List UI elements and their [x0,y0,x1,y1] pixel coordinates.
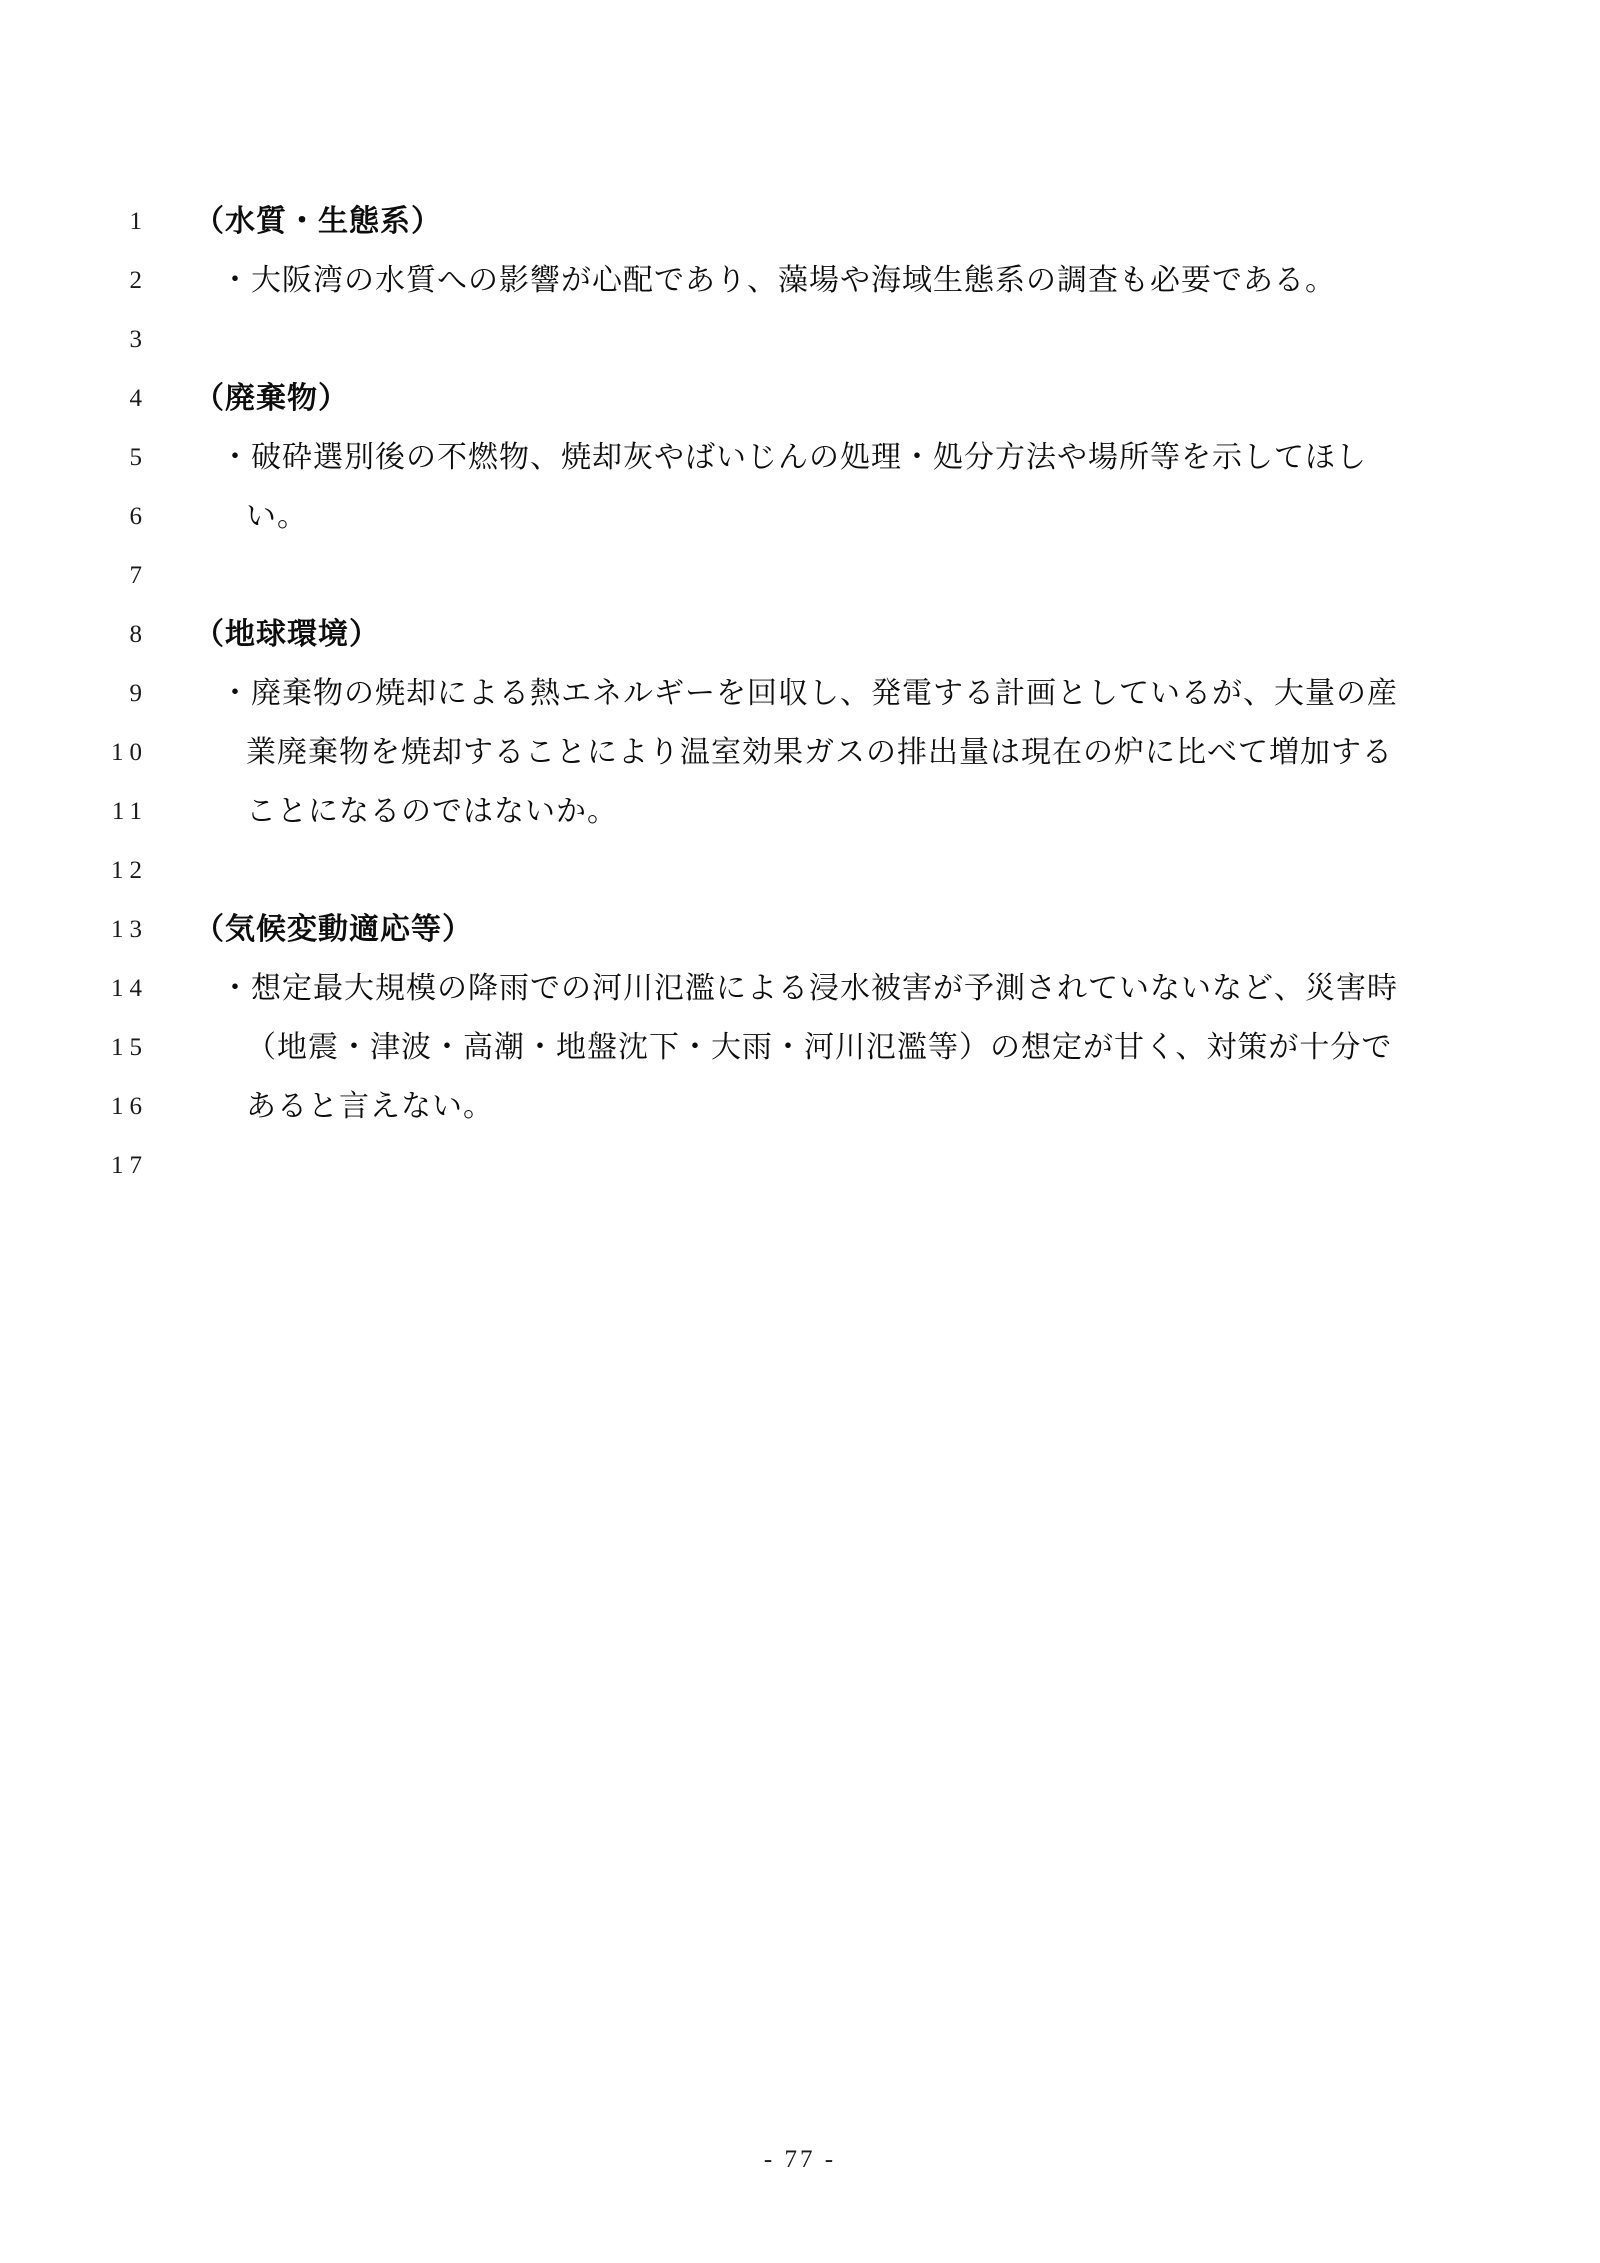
document-line: 4（廃棄物） [0,369,1600,428]
line-text: （地震・津波・高潮・地盤沈下・大雨・河川氾濫等）の想定が甘く、対策が十分で [142,1018,1392,1077]
document-lines: 1（水質・生態系）2・大阪湾の水質への影響が心配であり、藻場や海域生態系の調査も… [0,192,1600,1195]
section-heading: （廃棄物） [142,369,349,428]
document-line: 9・廃棄物の焼却による熱エネルギーを回収し、発電する計画としているが、大量の産 [0,664,1600,723]
section-heading: （地球環境） [142,605,380,664]
document-line: 13（気候変動適応等） [0,900,1600,959]
line-text: ことになるのではないか。 [142,782,618,841]
document-line: 2・大阪湾の水質への影響が心配であり、藻場や海域生態系の調査も必要である。 [0,251,1600,310]
line-text: ・大阪湾の水質への影響が心配であり、藻場や海域生態系の調査も必要である。 [142,251,1336,310]
line-number: 13 [0,900,148,959]
line-number: 7 [0,546,148,605]
document-line: 8（地球環境） [0,605,1600,664]
document-line: 16あると言えない。 [0,1077,1600,1136]
section-heading: （水質・生態系） [142,192,442,251]
line-number: 5 [0,428,148,487]
line-number: 3 [0,310,148,369]
line-number: 14 [0,959,148,1018]
line-number: 17 [0,1136,148,1195]
line-text [142,1136,194,1195]
document-line: 12 [0,841,1600,900]
document-line: 11ことになるのではないか。 [0,782,1600,841]
document-line: 1（水質・生態系） [0,192,1600,251]
document-line: 3 [0,310,1600,369]
document-line: 14・想定最大規模の降雨での河川氾濫による浸水被害が予測されていないなど、災害時 [0,959,1600,1018]
page-footer: - 77 - [0,2140,1600,2180]
line-number: 12 [0,841,148,900]
line-number: 16 [0,1077,148,1136]
section-heading: （気候変動適応等） [142,900,473,959]
line-number: 15 [0,1018,148,1077]
line-number: 2 [0,251,148,310]
line-text [142,310,194,369]
line-number: 6 [0,487,148,546]
document-line: 17 [0,1136,1600,1195]
line-number: 4 [0,369,148,428]
line-number: 8 [0,605,148,664]
page-number: - 77 - [764,2146,836,2173]
line-text: 業廃棄物を焼却することにより温室効果ガスの排出量は現在の炉に比べて増加する [142,723,1393,782]
document-line: 7 [0,546,1600,605]
line-text [142,546,194,605]
line-text: ・想定最大規模の降雨での河川氾濫による浸水被害が予測されていないなど、災害時 [142,959,1398,1018]
document-line: 5・破砕選別後の不燃物、焼却灰やばいじんの処理・処分方法や場所等を示してほし [0,428,1600,487]
document-line: 10業廃棄物を焼却することにより温室効果ガスの排出量は現在の炉に比べて増加する [0,723,1600,782]
document-line: 6い。 [0,487,1600,546]
document-page: 1（水質・生態系）2・大阪湾の水質への影響が心配であり、藻場や海域生態系の調査も… [0,0,1600,2263]
line-number: 1 [0,192,148,251]
line-number: 9 [0,664,148,723]
line-number: 10 [0,723,148,782]
document-line: 15（地震・津波・高潮・地盤沈下・大雨・河川氾濫等）の想定が甘く、対策が十分で [0,1018,1600,1077]
line-number: 11 [0,782,148,841]
line-text [142,841,194,900]
line-text: あると言えない。 [142,1077,494,1136]
line-text: ・廃棄物の焼却による熱エネルギーを回収し、発電する計画としているが、大量の産 [142,664,1398,723]
line-text: い。 [142,487,308,546]
line-text: ・破砕選別後の不燃物、焼却灰やばいじんの処理・処分方法や場所等を示してほし [142,428,1367,487]
